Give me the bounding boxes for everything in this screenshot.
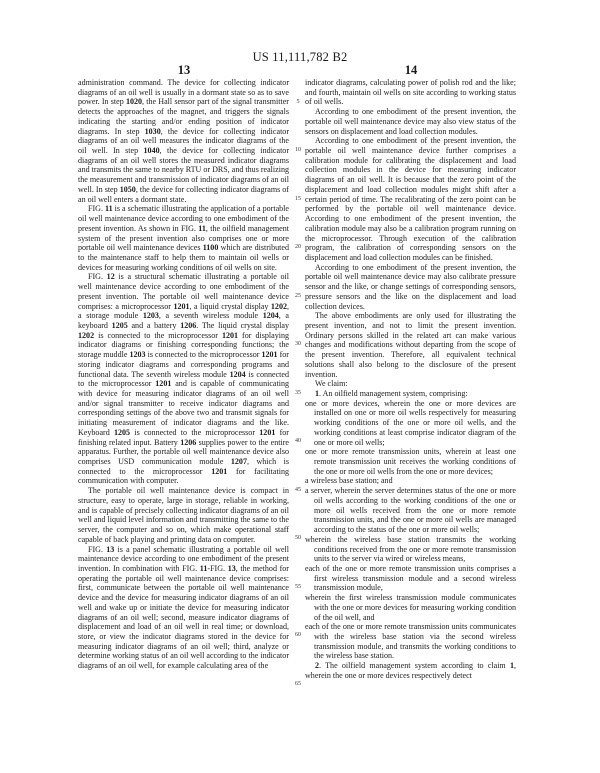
text-run: wherein the wireless base station transm… [305, 535, 516, 563]
text-run: is con­nected to the microprocessor [146, 350, 262, 359]
reference-numeral: 1206 [180, 438, 196, 447]
text-run: , a seventh wireless module [159, 311, 263, 320]
line-number: 25 [292, 293, 304, 299]
text-run: each of the one or more remote transmiss… [305, 622, 516, 660]
text-run: , a liquid crystal display [190, 302, 271, 311]
paragraph: 1. An oilfield management system, compri… [305, 389, 516, 399]
paragraph: According to one embodiment of the prese… [305, 107, 516, 136]
reference-numeral: 1204 [230, 370, 246, 379]
reference-numeral: 1203 [129, 350, 145, 359]
paragraph: The above embodiments are only used for … [305, 311, 516, 379]
paragraph: FIG. 11 is a schematic illustrating the … [78, 204, 289, 272]
reference-numeral: 1203 [143, 311, 159, 320]
text-run: . The oilfield management system accordi… [319, 661, 510, 670]
text-run: The above embodiments are only used for … [305, 311, 516, 378]
paragraph: wherein the wireless base station transm… [305, 535, 516, 564]
paragraph: According to one embodiment of the prese… [305, 136, 516, 262]
right-text-column: indicator diagrams, calculating power of… [305, 78, 516, 681]
reference-numeral: 1202 [271, 302, 287, 311]
line-number: 45 [292, 487, 304, 493]
text-run: FIG. [88, 545, 106, 554]
paragraph: The portable oil well maintenance device… [78, 486, 289, 544]
paragraph: a wireless base station; and [305, 476, 516, 486]
left-page-number: 13 [164, 63, 204, 78]
line-number: 20 [292, 244, 304, 250]
text-run: , the method for operating the portable … [78, 564, 289, 670]
reference-numeral: 1204 [263, 311, 279, 320]
text-run: FIG. [88, 204, 105, 213]
paragraph: one or more devices, wherein the one or … [305, 399, 516, 448]
line-number: 10 [292, 147, 304, 153]
text-run: According to one embodiment of the prese… [305, 263, 516, 311]
reference-numeral: 1207 [231, 457, 247, 466]
paragraph: indicator diagrams, calculating power of… [305, 78, 516, 107]
reference-numeral: 11 [198, 224, 206, 233]
text-run: and a battery [128, 321, 180, 330]
text-run: According to one embodiment of the prese… [305, 136, 516, 262]
paragraph: According to one embodiment of the prese… [305, 263, 516, 312]
paragraph: each of the one or more remote transmiss… [305, 622, 516, 661]
right-page-number: 14 [391, 63, 431, 78]
text-run: -FIG. [207, 564, 227, 573]
text-run: . The liquid crystal display [196, 321, 289, 330]
text-run: indicator diagrams, calculating power of… [305, 78, 516, 106]
reference-numeral: 11 [105, 204, 113, 213]
text-run: According to one embodiment of the prese… [305, 107, 516, 135]
paragraph: administration command. The device for c… [78, 78, 289, 204]
line-number: 40 [292, 438, 304, 444]
reference-numeral: 1201 [222, 331, 238, 340]
reference-numeral: 13 [228, 564, 236, 573]
line-number: 50 [292, 535, 304, 541]
text-run: . An oilfield management system, compris… [319, 389, 468, 398]
line-number: 55 [292, 584, 304, 590]
reference-numeral: 1206 [180, 321, 196, 330]
paragraph: We claim: [305, 379, 516, 389]
line-number: 65 [292, 681, 304, 687]
text-run: one or more remote transmission units, w… [305, 447, 516, 475]
text-run: is connected to the microprocessor [130, 428, 259, 437]
reference-numeral: 1201 [261, 350, 277, 359]
line-number: 60 [292, 632, 304, 638]
reference-numeral: 1020 [126, 97, 142, 106]
reference-numeral: 1201 [259, 428, 275, 437]
paragraph: one or more remote transmission units, w… [305, 447, 516, 476]
text-run: a wireless base station; and [305, 476, 393, 485]
reference-numeral: 1201 [211, 467, 227, 476]
reference-numeral: 1030 [145, 127, 161, 136]
text-run: FIG. [88, 272, 107, 281]
reference-numeral: 1201 [173, 302, 189, 311]
reference-numeral: 1202 [78, 331, 94, 340]
paragraph: FIG. 12 is a structural schematic illust… [78, 272, 289, 486]
text-run: We claim: [315, 379, 348, 388]
reference-numeral: 1205 [112, 321, 128, 330]
reference-numeral: 1050 [120, 185, 136, 194]
paragraph: a server, wherein the server determines … [305, 486, 516, 535]
paragraph: each of the one or more remote transmiss… [305, 564, 516, 593]
text-run: wherein the first wireless transmission … [305, 593, 516, 621]
text-run: each of the one or more remote transmiss… [305, 564, 516, 592]
text-run: one or more devices, wherein the one or … [305, 399, 516, 447]
line-number: 30 [292, 341, 304, 347]
left-text-column: administration command. The device for c… [78, 78, 289, 671]
reference-numeral: 1205 [114, 428, 130, 437]
reference-numeral: 1100 [203, 243, 219, 252]
line-number: 5 [292, 99, 304, 105]
reference-numeral: 1201 [155, 379, 171, 388]
paragraph: 2. The oilfield management system accord… [305, 661, 516, 680]
text-run: a server, wherein the server determines … [305, 486, 516, 534]
text-run: The portable oil well maintenance device… [78, 486, 289, 544]
patent-number: US 11,111,782 B2 [0, 50, 600, 65]
paragraph: wherein the first wireless transmission … [305, 593, 516, 622]
reference-numeral: 12 [107, 272, 115, 281]
reference-numeral: 1040 [144, 146, 160, 155]
line-number: 35 [292, 390, 304, 396]
text-run: is connected to the micropro­ces­sor [94, 331, 222, 340]
paragraph: FIG. 13 is a panel schematic illustratin… [78, 545, 289, 671]
line-number: 15 [292, 196, 304, 202]
